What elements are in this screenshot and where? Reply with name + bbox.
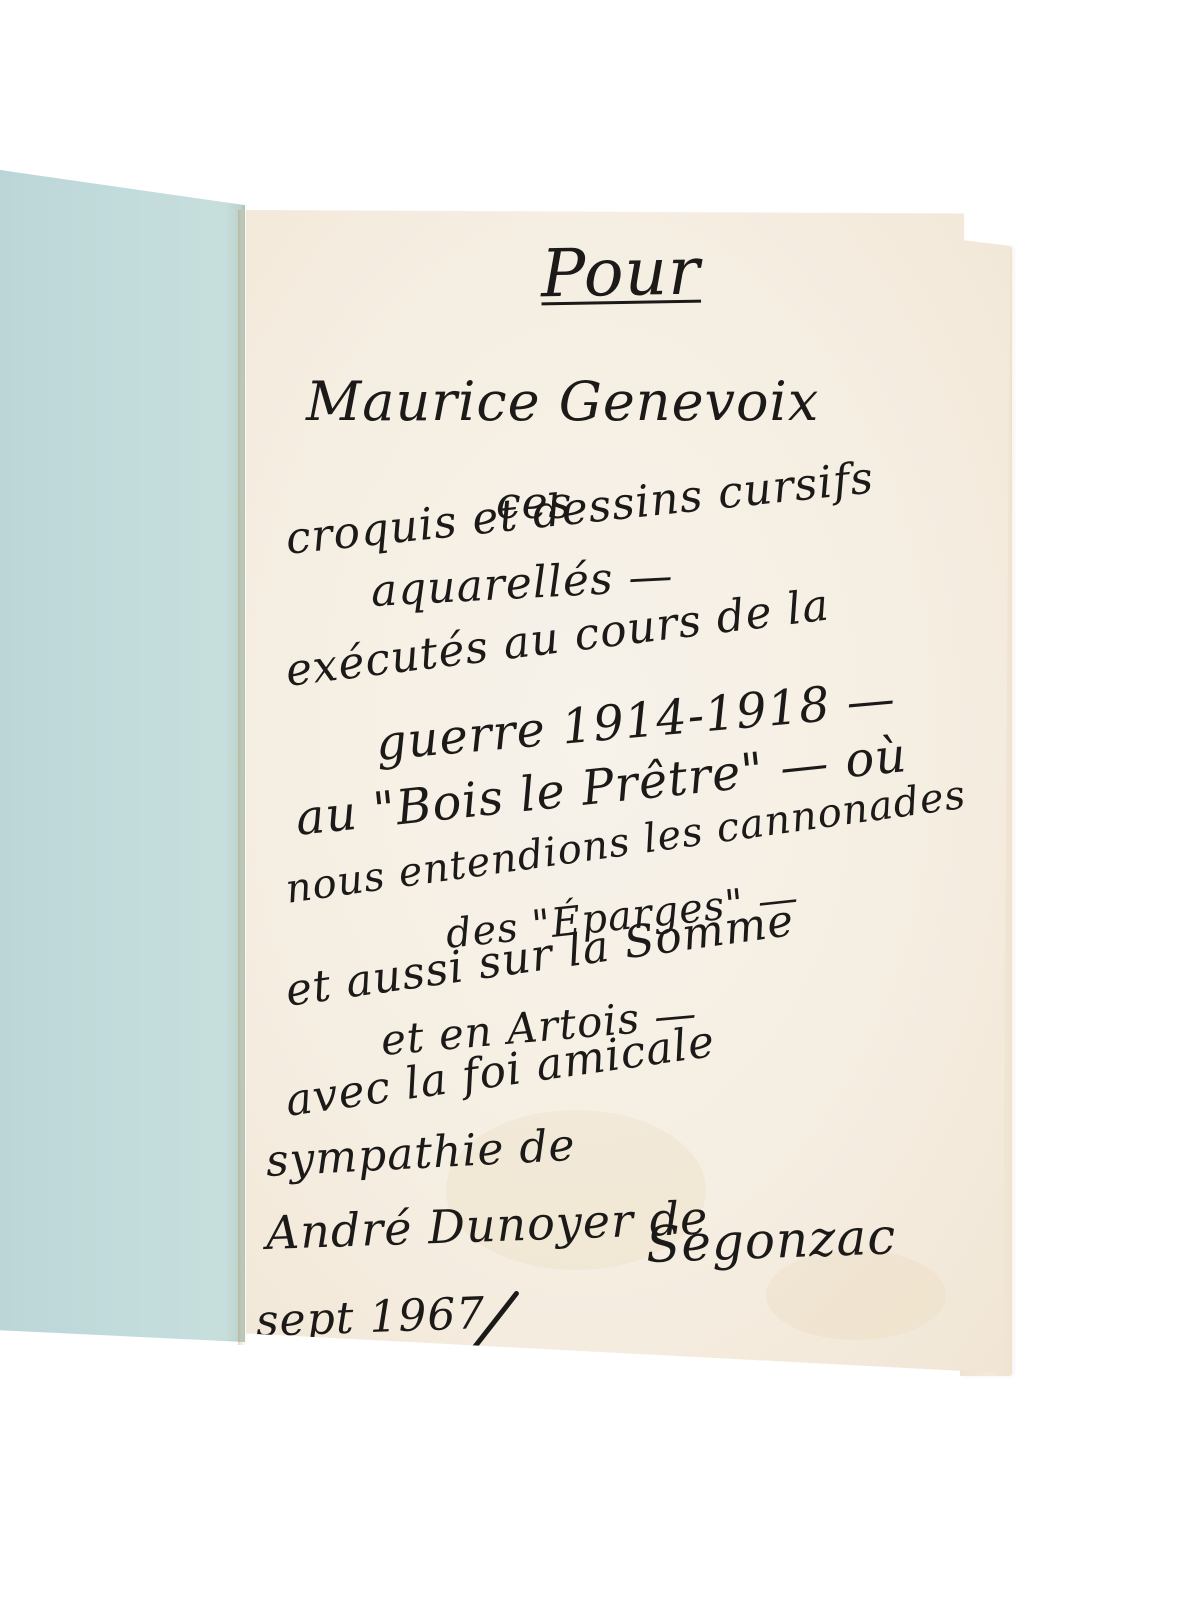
inscription: Pour Maurice Genevoix ces croquis et des…	[246, 210, 1010, 1373]
inscription-line: croquis et dessins cursifs	[284, 456, 876, 562]
blue-endpaper	[0, 170, 245, 1342]
inscription-line-recipient: Maurice Genevoix	[306, 375, 819, 429]
inscription-date: sept 1967	[255, 1292, 486, 1344]
inscription-line-pour: Pour	[540, 239, 701, 308]
signature-surname: Segonzac	[645, 1211, 897, 1270]
signature-first-part: André Dunoyer de	[265, 1195, 709, 1256]
photo-scene: Pour Maurice Genevoix ces croquis et des…	[0, 0, 1200, 1600]
flyleaf-page: Pour Maurice Genevoix ces croquis et des…	[246, 210, 1010, 1373]
